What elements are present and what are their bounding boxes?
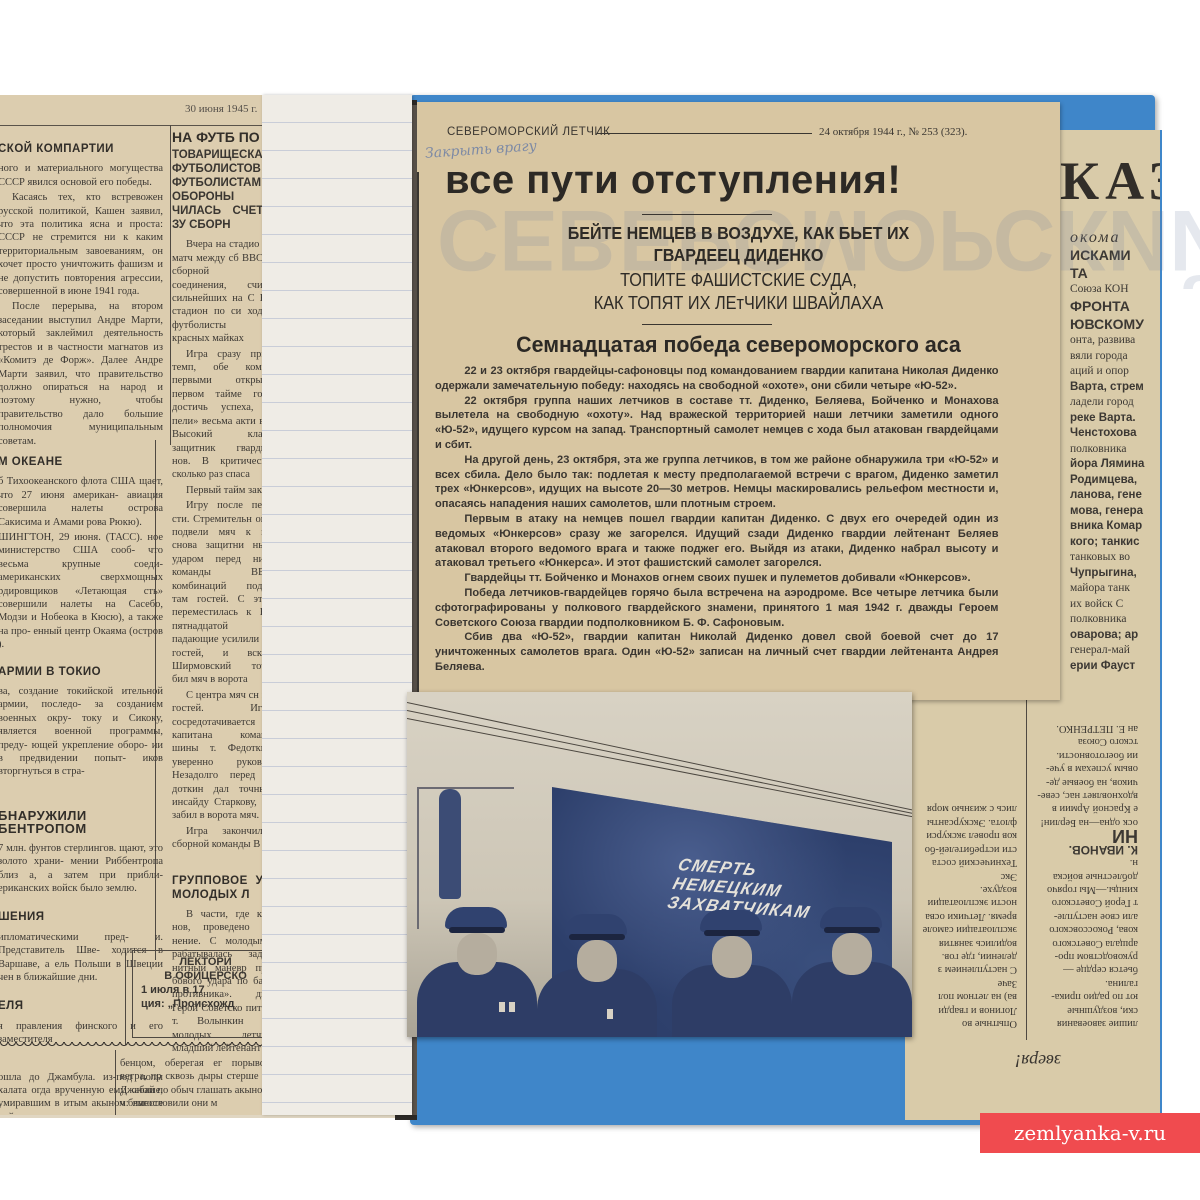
text-line: ва) на летном пол: [905, 990, 1017, 1003]
article-heading: СКОЙ КОМПАРТИИ: [0, 143, 163, 156]
article-heading: ГРУППОВОЕ УП МОЛОДЫХ Л: [172, 875, 270, 902]
pilot-figure: [672, 910, 792, 1037]
text-line: тского Союза: [1030, 735, 1138, 748]
paragraph: 7 млн. фунтов стерлингов. щают, это золо…: [0, 842, 163, 896]
notice-line: ЛЕКТОРИ: [141, 955, 270, 969]
paragraph: На другой день, 23 октября, эта же групп…: [435, 453, 999, 512]
text-line: майора танк: [1070, 581, 1160, 597]
pilot-figure: [537, 914, 657, 1037]
paragraph: После перерыва, на втором заседании выст…: [0, 300, 163, 447]
newspaper-masthead: СЕВЕРОМОРСКИЙ ЛЕТЧИК: [447, 126, 610, 138]
text-line: оск одна—на Берлин!: [1030, 816, 1138, 829]
article-heading: М ОКЕАНЕ: [0, 456, 163, 469]
text-line: Чупрыгина,: [1070, 566, 1160, 582]
text-line: флота. Экскурсанты: [905, 816, 1017, 829]
paragraph: Победа летчиков-гвардейцев горячо была в…: [435, 586, 999, 630]
text-line: руководством про-: [1030, 950, 1138, 963]
left-newspaper-clipping: 30 июня 1945 г. СКОЙ КОМПАРТИИ ного и ма…: [0, 95, 270, 1115]
text-line: кинцы.—Мы горячо: [1030, 883, 1138, 896]
left-col-2: НА ФУТБ ПО ТОВАРИЩЕСКА ФУТБОЛИСТОВ ФУТБО…: [172, 131, 270, 1057]
paragraph: 22 октября группа наших летчиков в соста…: [435, 394, 999, 453]
ruled-notebook-page: [262, 95, 412, 1115]
text-line: Экс: [905, 869, 1017, 882]
text-line: Опытные во: [905, 1017, 1017, 1030]
text-line: галина.: [1030, 976, 1138, 989]
subheadline-line: ГВАРДЕЕЦ ДИДЕНКО: [443, 244, 1035, 266]
paragraph: Сбив два «Ю-52», гвардии капитан Николай…: [435, 630, 999, 674]
text-line: вяли города: [1070, 349, 1160, 365]
text-line: воздухе.: [905, 883, 1017, 896]
paragraph: Игра закончилас сборной команды В: [172, 825, 270, 852]
text-line: Родимцева,: [1070, 473, 1160, 489]
upside-down-newspaper-clipping: Опытные воЛогинов и гвардива) на летном …: [905, 680, 1142, 1040]
text-line: Технический соста: [905, 856, 1017, 869]
text-line: али свое наступле-: [1030, 909, 1138, 922]
main-headline: все пути отступления!: [445, 158, 901, 203]
text-line: овым успехам в уче-: [1030, 762, 1138, 775]
masthead-rule: [597, 133, 812, 134]
text-line: полковника: [1070, 612, 1160, 628]
left-newspaper-date: 30 июня 1945 г.: [185, 103, 257, 115]
text-line: делении, где гов.: [905, 950, 1017, 963]
paragraph: ШИНГТОН, 29 июня. (ТАСС). ное министерст…: [0, 531, 163, 652]
text-line: ан Е. ПЕТРЕНКО.: [1030, 722, 1138, 735]
pilot-figure: [417, 907, 537, 1037]
text-line: онта, развива: [1070, 333, 1160, 349]
signature: А: [172, 854, 270, 867]
paragraph: Вчера на стадио ся матч между сб ВВС и с…: [172, 238, 270, 345]
paragraph: Игра сразу прив темп, обе коман первыми …: [172, 348, 270, 482]
divider: [642, 324, 772, 325]
wavy-divider: [0, 1042, 270, 1050]
column-divider: [170, 125, 171, 445]
text-line: полковника: [1070, 442, 1160, 458]
text-line: вдохновляет нас, севе-: [1030, 789, 1138, 802]
paragraph: Первым в атаку на немцев пошел гвардии к…: [435, 512, 999, 571]
text-line: лись с жизнью моря: [905, 802, 1017, 815]
paragraph: 22 и 23 октября гвардейцы-сафоновцы под …: [435, 364, 999, 394]
paragraph: Гвардейцы тт. Бойченко и Монахов огнем с…: [435, 571, 999, 586]
text-line: т Герой Советского: [1030, 896, 1138, 909]
text-line: ЮВСКОМУ: [1070, 315, 1160, 333]
pilot-figure: [792, 907, 912, 1037]
text-line: йора Лямина: [1070, 457, 1160, 473]
text-line: Логинов и гварди: [905, 1003, 1017, 1016]
divider: [0, 125, 270, 126]
bottom-word: зверя!: [1015, 1050, 1061, 1071]
text-line: е Красной Армии в: [1030, 802, 1138, 815]
lectorium-notice: ЛЕКТОРИ В ОФИЦЕРСКО 1 июля в 17 ция: „Пр…: [132, 950, 270, 1038]
article-heading: БНАРУЖИЛИ БЕНТРОПОМ: [0, 809, 163, 836]
text-line: ерии Фауст: [1070, 659, 1160, 675]
article-heading: НА ФУТБ ПО: [172, 131, 270, 144]
paragraph: ного и материального могущества СССР яви…: [0, 162, 163, 189]
column-rule: [417, 172, 419, 692]
subheadline-line: БЕЙТЕ НЕМЦЕВ В ВОЗДУХЕ, КАК БЬЕТ ИХ: [443, 222, 1035, 244]
rotated-content: Опытные воЛогинов и гвардива) на летном …: [905, 680, 1142, 1040]
paragraph: Касаясь тех, кто встревожен русской поли…: [0, 191, 163, 298]
right-newspaper-text: окомаИСКАМИТАСоюза КОНФРОНТАЮВСКОМУонта,…: [1070, 230, 1160, 674]
subheadline-line: КАК ТОПЯТ ИХ ЛЕтЧИКИ ШВАЙЛАХА: [456, 291, 1022, 314]
article-heading: ШЕНИЯ: [0, 911, 163, 924]
text-line: их войск С: [1070, 597, 1160, 613]
text-line: вника Комар: [1070, 519, 1160, 535]
text-line: бьется сердце —: [1030, 963, 1138, 976]
pilots-photograph: Смерть немецким захватчикам: [407, 692, 912, 1037]
text-line: ности эксплоатации: [905, 896, 1017, 909]
lower-clip-col-left: Опытные воЛогинов и гвардива) на летном …: [905, 802, 1017, 1030]
text-line: Варта, стрем: [1070, 380, 1160, 396]
text-line: С наступлением з: [905, 963, 1017, 976]
article-subheading: ТОВАРИЩЕСКА ФУТБОЛИСТОВ ФУТБОЛИСТАМ ОБОР…: [172, 148, 270, 232]
text-line: ии боеготовности.: [1030, 748, 1138, 761]
article-body: 22 и 23 октября гвардейцы-сафоновцы под …: [435, 364, 999, 675]
text-line: мова, генера: [1070, 504, 1160, 520]
worker-figure: [439, 789, 461, 899]
paragraph: С центра мяч сн не гостей. Игра сосредот…: [172, 689, 270, 823]
subheadline-1: БЕЙТЕ НЕМЦЕВ В ВОЗДУХЕ, КАК БЬЕТ ИХ ГВАР…: [443, 222, 1035, 266]
notice-line: ция: „Происхожд: [141, 997, 270, 1011]
text-line: чиков, на боевые де-: [1030, 775, 1138, 788]
text-line: н.: [1030, 856, 1138, 869]
text-line: эксплоатации самоле: [905, 923, 1017, 936]
text-line: время. Летчики осва: [905, 909, 1017, 922]
text-line: ланова, гене: [1070, 488, 1160, 504]
paragraph: Первый тайм зак: [172, 484, 270, 497]
notice-line: В ОФИЦЕРСКО: [141, 969, 270, 983]
column-divider: [1026, 680, 1027, 1040]
text-line: реке Варта.: [1070, 411, 1160, 427]
text-line: ют по радио прика-: [1030, 990, 1138, 1003]
paragraph: ва, создание токийской ительной армии, п…: [0, 685, 163, 779]
text-line: арщала Советского: [1030, 936, 1138, 949]
paragraph: бенцом, оберегая ег порывов ветра, пр ск…: [120, 1057, 270, 1111]
text-line: кова, Рокоссовского: [1030, 923, 1138, 936]
article-heading: АРМИИ В ТОКИО: [0, 666, 163, 679]
paragraph: б Тихоокеанского флота США щает, что 27 …: [0, 475, 163, 529]
main-newspaper-clipping: СЕВЕРОМОРСКИЙ СЕВЕРОМОРСКИЙ ЛЕТЧИК 24 ок…: [417, 102, 1060, 700]
text-line: ладели город: [1070, 395, 1160, 411]
notice-line: 1 июля в 17: [141, 983, 270, 997]
subheadline-2: ТОПИТЕ ФАШИСТСКИЕ СУДА, КАК ТОПЯТ ИХ ЛЕт…: [456, 268, 1022, 314]
lower-clip-col-right: лишие завоеванияски, воздушныеют по ради…: [1030, 722, 1138, 1030]
text-line: ков провел экскурси: [905, 829, 1017, 842]
text-line: ФРОНТА: [1070, 297, 1160, 315]
text-line: оварова; ар: [1070, 628, 1160, 644]
site-watermark: zemlyanka-v.ru: [980, 1113, 1200, 1153]
text-line: кого; танкис: [1070, 535, 1160, 551]
text-line: сти истребителей-бо: [905, 842, 1017, 855]
text-line: танковых во: [1070, 550, 1160, 566]
text-line: лишие завоевания: [1030, 1017, 1138, 1030]
lower-clip-bottom: зверя!: [905, 1040, 1142, 1120]
text-line: ски, воздушные: [1030, 1003, 1138, 1016]
issue-date: 24 октября 1944 г., № 253 (323).: [819, 126, 967, 138]
article-title: Семнадцатая победа североморского аса: [433, 332, 1044, 358]
text-line: Заче: [905, 976, 1017, 989]
text-line: аций и опор: [1070, 364, 1160, 380]
subheadline-line: ТОПИТЕ ФАШИСТСКИЕ СУДА,: [456, 268, 1022, 291]
paragraph: Игру после пере сти. Стремительн они под…: [172, 499, 270, 687]
text-line: Ченстохова: [1070, 426, 1160, 442]
text-line: НИ: [1030, 829, 1138, 842]
left-col-bottom: бенцом, оберегая ег порывов ветра, пр ск…: [120, 1057, 270, 1113]
text-line: водились занятия: [905, 936, 1017, 949]
text-line: доблестные войска: [1030, 869, 1138, 882]
divider: [642, 214, 772, 215]
text-line: генерал-май: [1070, 643, 1160, 659]
